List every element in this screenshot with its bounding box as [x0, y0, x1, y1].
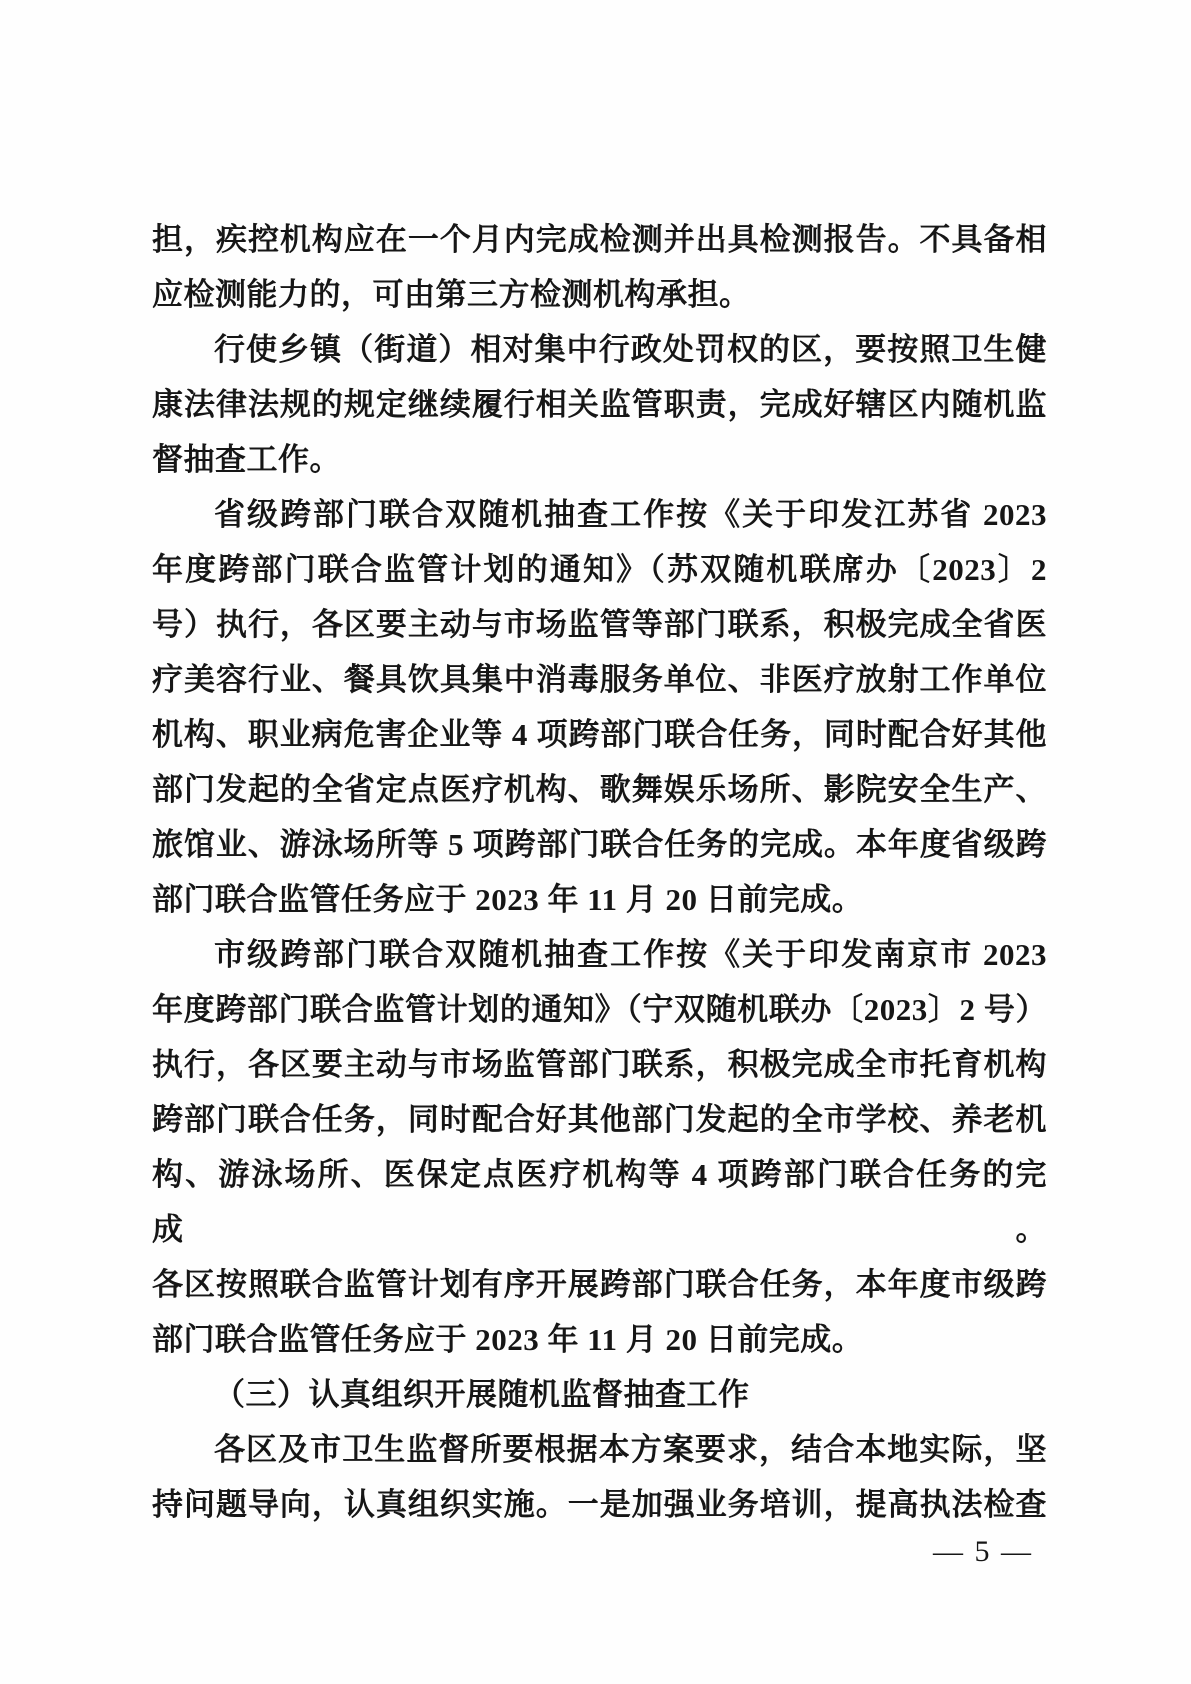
text-run: 部门发起的全省定点医疗机构、歌舞娱乐场所、影院安全生产、	[152, 772, 1047, 807]
emphasis-text-run: 一是	[568, 1487, 632, 1522]
text-run: 加强业务培训，提高执法检查	[632, 1487, 1047, 1522]
text-run: 年度跨部门联合监管计划的通知》（宁双随机联办〔2023〕2 号）	[152, 992, 1047, 1027]
text-run: 持问题导向，认真组织实施。	[152, 1487, 568, 1522]
document-line: 康法律法规的规定继续履行相关监管职责，完成好辖区内随机监	[152, 377, 1047, 432]
document-line: 应检测能力的，可由第三方检测机构承担。	[152, 267, 1047, 322]
text-run: 号）执行，各区要主动与市场监管等部门联系，积极完成全省医	[152, 607, 1047, 642]
text-run: 构、游泳场所、医保定点医疗机构等 4 项跨部门联合任务的完成。	[152, 1157, 1047, 1247]
text-run: 康法律法规的规定继续履行相关监管职责，完成好辖区内随机监	[152, 387, 1047, 422]
text-run: 行使乡镇（街道）相对集中行政处罚权的区，要按照卫生健	[214, 332, 1047, 367]
document-line: 跨部门联合任务，同时配合好其他部门发起的全市学校、养老机	[152, 1092, 1047, 1147]
document-line: 部门发起的全省定点医疗机构、歌舞娱乐场所、影院安全生产、	[152, 762, 1047, 817]
document-line: （三）认真组织开展随机监督抽查工作	[152, 1367, 1047, 1422]
text-run: 疗美容行业、餐具饮具集中消毒服务单位、非医疗放射工作单位	[152, 662, 1047, 697]
document-line: 旅馆业、游泳场所等 5 项跨部门联合任务的完成。本年度省级跨	[152, 817, 1047, 872]
document-line: 年度跨部门联合监管计划的通知》（宁双随机联办〔2023〕2 号）	[152, 982, 1047, 1037]
text-run: 省级跨部门联合双随机抽查工作按《关于印发江苏省 2023	[214, 497, 1047, 532]
text-run: 督抽查工作。	[152, 442, 341, 477]
text-run: 各区及市卫生监督所要根据本方案要求，结合本地实际，坚	[214, 1432, 1047, 1467]
document-line: 执行，各区要主动与市场监管部门联系，积极完成全市托育机构	[152, 1037, 1047, 1092]
document-line: 疗美容行业、餐具饮具集中消毒服务单位、非医疗放射工作单位	[152, 652, 1047, 707]
text-run: 市级跨部门联合双随机抽查工作按《关于印发南京市 2023	[214, 937, 1047, 972]
text-run: 应检测能力的，可由第三方检测机构承担。	[152, 277, 751, 312]
text-run: 各区按照联合监管计划有序开展跨部门联合任务，本年度市级跨	[152, 1267, 1047, 1302]
document-line: 行使乡镇（街道）相对集中行政处罚权的区，要按照卫生健	[152, 322, 1047, 377]
document-line: 构、游泳场所、医保定点医疗机构等 4 项跨部门联合任务的完成。	[152, 1147, 1047, 1257]
document-line: 部门联合监管任务应于 2023 年 11 月 20 日前完成。	[152, 872, 1047, 927]
document-line: 各区及市卫生监督所要根据本方案要求，结合本地实际，坚	[152, 1422, 1047, 1477]
text-run: 部门联合监管任务应于 2023 年 11 月 20 日前完成。	[152, 1322, 863, 1357]
document-line: 号）执行，各区要主动与市场监管等部门联系，积极完成全省医	[152, 597, 1047, 652]
document-page: 担，疾控机构应在一个月内完成检测并出具检测报告。不具备相应检测能力的，可由第三方…	[0, 0, 1191, 1684]
text-run: 部门联合监管任务应于 2023 年 11 月 20 日前完成。	[152, 882, 863, 917]
document-line: 各区按照联合监管计划有序开展跨部门联合任务，本年度市级跨	[152, 1257, 1047, 1312]
document-line: 担，疾控机构应在一个月内完成检测并出具检测报告。不具备相	[152, 212, 1047, 267]
text-run: 执行，各区要主动与市场监管部门联系，积极完成全市托育机构	[152, 1047, 1047, 1082]
text-run: 年度跨部门联合监管计划的通知》（苏双随机联席办〔2023〕2	[152, 552, 1047, 587]
document-line: 机构、职业病危害企业等 4 项跨部门联合任务，同时配合好其他	[152, 707, 1047, 762]
text-run: 担，疾控机构应在一个月内完成检测并出具检测报告。不具备相	[152, 222, 1047, 257]
text-run: 跨部门联合任务，同时配合好其他部门发起的全市学校、养老机	[152, 1102, 1047, 1137]
document-line: 持问题导向，认真组织实施。一是加强业务培训，提高执法检查	[152, 1477, 1047, 1532]
document-line: 市级跨部门联合双随机抽查工作按《关于印发南京市 2023	[152, 927, 1047, 982]
document-body: 担，疾控机构应在一个月内完成检测并出具检测报告。不具备相应检测能力的，可由第三方…	[152, 212, 1047, 1532]
text-run: （三）认真组织开展随机监督抽查工作	[214, 1377, 750, 1412]
document-line: 督抽查工作。	[152, 432, 1047, 487]
text-run: 旅馆业、游泳场所等 5 项跨部门联合任务的完成。本年度省级跨	[152, 827, 1047, 862]
document-line: 年度跨部门联合监管计划的通知》（苏双随机联席办〔2023〕2	[152, 542, 1047, 597]
document-line: 部门联合监管任务应于 2023 年 11 月 20 日前完成。	[152, 1312, 1047, 1367]
document-line: 省级跨部门联合双随机抽查工作按《关于印发江苏省 2023	[152, 487, 1047, 542]
text-run: 机构、职业病危害企业等 4 项跨部门联合任务，同时配合好其他	[152, 717, 1047, 752]
page-number: — 5 —	[933, 1532, 1033, 1572]
